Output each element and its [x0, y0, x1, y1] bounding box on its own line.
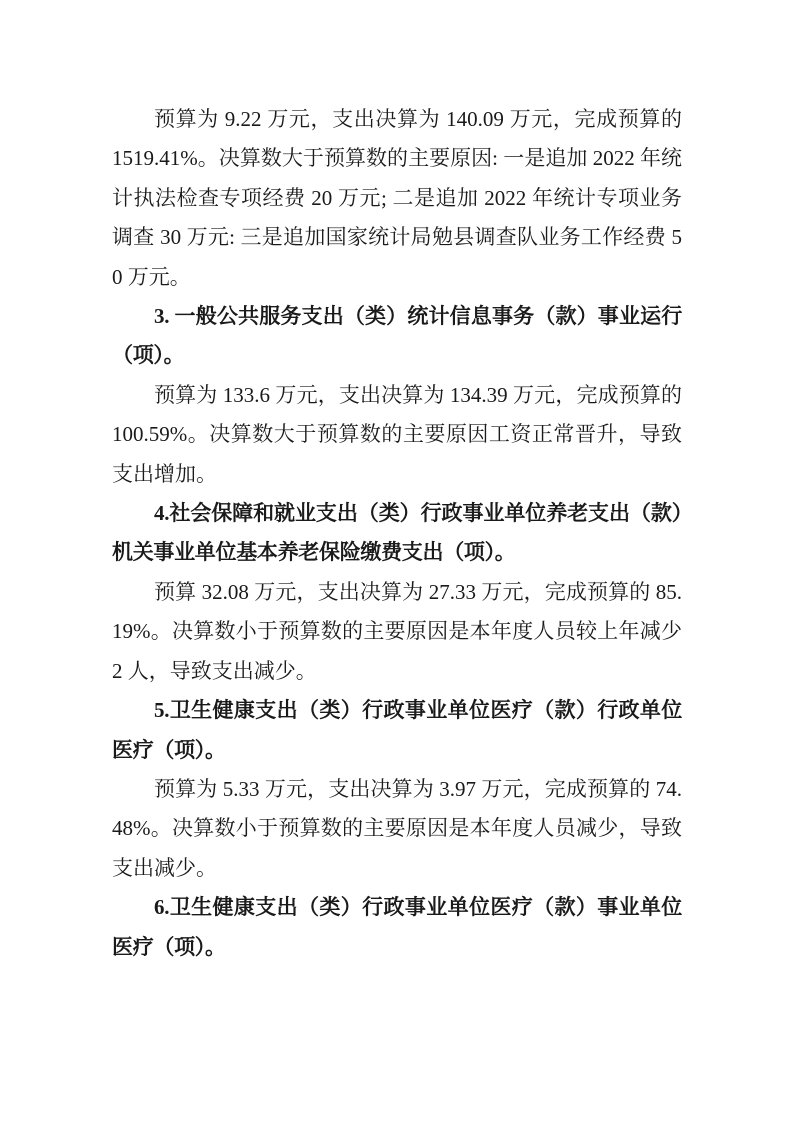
- section-heading-6: 6.卫生健康支出（类）行政事业单位医疗（款）事业单位医疗（项）。: [112, 888, 682, 967]
- section-heading-4: 4.社会保障和就业支出（类）行政事业单位养老支出（款）机关事业单位基本养老保险缴…: [112, 494, 682, 573]
- paragraph-item4-budget-detail: 预算 32.08 万元，支出决算为 27.33 万元，完成预算的 85.19%。…: [112, 573, 682, 691]
- document-page: 预算为 9.22 万元，支出决算为 140.09 万元，完成预算的 1519.4…: [0, 0, 793, 1122]
- paragraph-item2-budget-detail: 预算为 9.22 万元，支出决算为 140.09 万元，完成预算的 1519.4…: [112, 100, 682, 297]
- section-heading-5: 5.卫生健康支出（类）行政事业单位医疗（款）行政单位医疗（项）。: [112, 691, 682, 770]
- document-content: 预算为 9.22 万元，支出决算为 140.09 万元，完成预算的 1519.4…: [112, 100, 682, 967]
- paragraph-item5-budget-detail: 预算为 5.33 万元，支出决算为 3.97 万元，完成预算的 74.48%。决…: [112, 770, 682, 888]
- paragraph-item3-budget-detail: 预算为 133.6 万元，支出决算为 134.39 万元，完成预算的 100.5…: [112, 376, 682, 494]
- section-heading-3: 3. 一般公共服务支出（类）统计信息事务（款）事业运行（项）。: [112, 297, 682, 376]
